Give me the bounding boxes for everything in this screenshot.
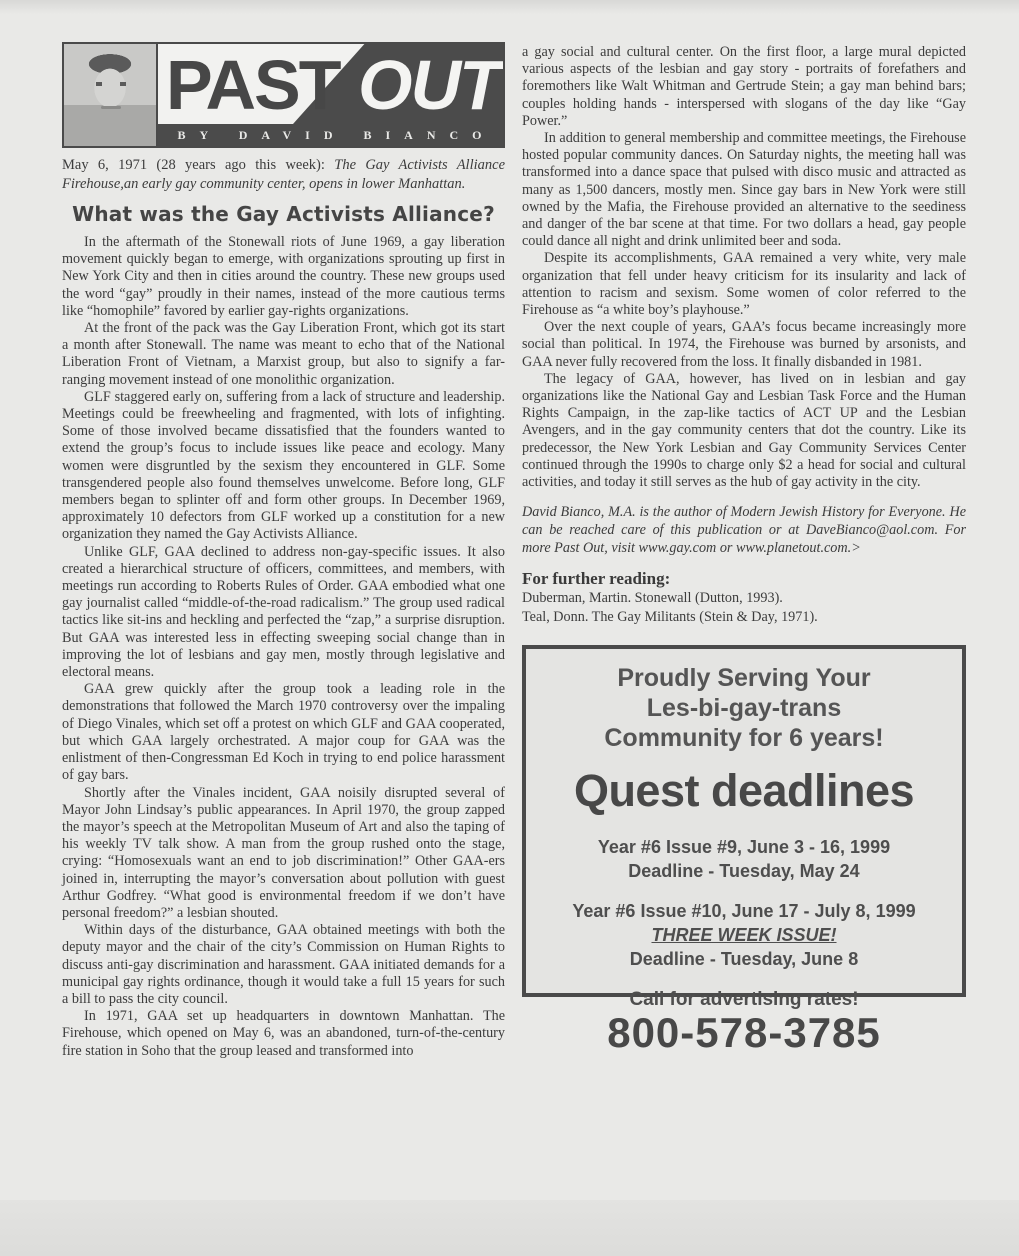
column-masthead: PAST OUT BY DAVID BIANCO — [62, 42, 505, 148]
logo-out: OUT — [358, 46, 500, 124]
ad-issue-note: THREE WEEK ISSUE! — [526, 923, 962, 947]
paragraph: In 1971, GAA set up headquarters in down… — [62, 1008, 505, 1060]
ad-tagline: Les-bi-gay-trans — [526, 693, 962, 723]
page-top-edge — [0, 0, 1019, 14]
masthead-title-block: PAST OUT BY DAVID BIANCO — [158, 44, 503, 146]
paragraph: GLF staggered early on, suffering from a… — [62, 389, 505, 544]
logo-past: PAST — [166, 46, 340, 124]
paragraph: Unlike GLF, GAA declined to address non-… — [62, 544, 505, 682]
further-reading-item: Duberman, Martin. Stonewall (Dutton, 199… — [522, 589, 966, 608]
page-bottom-edge — [0, 1200, 1019, 1256]
photo-mouth — [101, 106, 121, 109]
author-photo — [64, 44, 158, 146]
ad-title: Quest deadlines — [526, 763, 962, 819]
article-body-left: In the aftermath of the Stonewall riots … — [62, 234, 505, 1060]
photo-eyes — [96, 82, 126, 86]
paragraph: Shortly after the Vinales incident, GAA … — [62, 785, 505, 923]
paragraph: The legacy of GAA, however, has lived on… — [522, 371, 966, 491]
masthead-logo: PAST OUT — [158, 44, 503, 124]
ad-issue: Year #6 Issue #10, June 17 - July 8, 199… — [526, 899, 962, 923]
paragraph: Over the next couple of years, GAA’s foc… — [522, 319, 966, 371]
ad-call-to-action: Call for advertising rates! — [526, 989, 962, 1011]
paragraph: GAA grew quickly after the group took a … — [62, 681, 505, 784]
further-reading-heading: For further reading: — [522, 569, 966, 589]
article-headline: What was the Gay Activists Alliance? — [62, 202, 505, 226]
further-reading-item: Teal, Donn. The Gay Militants (Stein & D… — [522, 608, 966, 627]
right-column: a gay social and cultural center. On the… — [522, 44, 966, 997]
article-body-right: a gay social and cultural center. On the… — [522, 44, 966, 491]
ad-tagline: Proudly Serving Your — [526, 663, 962, 693]
ad-tagline: Community for 6 years! — [526, 723, 962, 753]
ad-phone-number: 800-578-3785 — [526, 1011, 962, 1055]
byline: BY DAVID BIANCO — [158, 124, 503, 146]
paragraph: Despite its accomplishments, GAA remaine… — [522, 250, 966, 319]
ad-deadline: Deadline - Tuesday, June 8 — [526, 947, 962, 971]
paragraph: In the aftermath of the Stonewall riots … — [62, 234, 505, 320]
ad-issue: Year #6 Issue #9, June 3 - 16, 1999 — [526, 835, 962, 859]
paragraph: a gay social and cultural center. On the… — [522, 44, 966, 130]
paragraph: At the front of the pack was the Gay Lib… — [62, 320, 505, 389]
quest-deadlines-ad: Proudly Serving Your Les-bi-gay-trans Co… — [522, 645, 966, 997]
paragraph: Within days of the disturbance, GAA obta… — [62, 922, 505, 1008]
dek-date: May 6, 1971 (28 years ago this week): — [62, 157, 325, 173]
dek: May 6, 1971 (28 years ago this week): Th… — [62, 156, 505, 194]
paragraph: In addition to general membership and co… — [522, 130, 966, 250]
ad-deadline: Deadline - Tuesday, May 24 — [526, 859, 962, 883]
author-bio: David Bianco, M.A. is the author of Mode… — [522, 503, 966, 557]
left-column: PAST OUT BY DAVID BIANCO May 6, 1971 (28… — [62, 42, 505, 1060]
